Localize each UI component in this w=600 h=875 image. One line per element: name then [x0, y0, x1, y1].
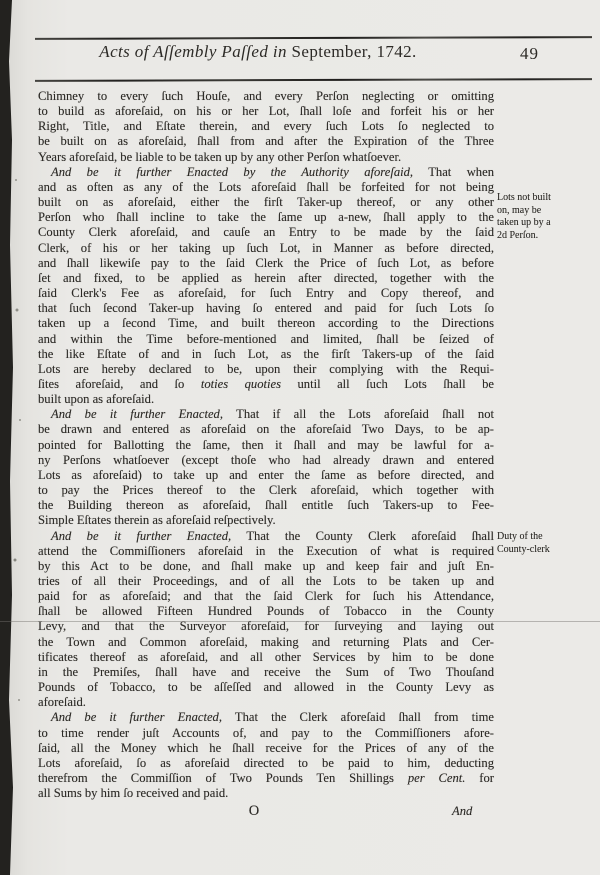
text-line: And be it further Enacted, That the Cler…: [38, 710, 494, 725]
roman-text: That the Clerk aforeſaid ſhall from time: [222, 710, 494, 724]
roman-text: in the Premiſes, ſhall have and receive …: [38, 665, 494, 679]
text-line: tries of all their Proceedings, and of a…: [38, 574, 494, 589]
roman-text: Lots aforeſaid, ſo as aforeſaid directed…: [38, 756, 494, 770]
margin-note-line: on, may be: [497, 205, 594, 218]
text-line: the like Eſtate of and in ſuch Lot, as t…: [38, 347, 494, 362]
text-line: to time render juſt Accounts of, and pay…: [38, 726, 494, 741]
roman-text: That the County Clerk aforeſaid ſhall: [231, 529, 494, 543]
text-line: therefrom the Commiſſion of Two Pounds T…: [38, 771, 494, 786]
margin-note-line: County-clerk: [497, 544, 594, 557]
roman-text: aforeſaid.: [38, 695, 86, 709]
roman-text: and within the Time before-mentioned and…: [38, 332, 494, 346]
roman-text: the Town and Common aforeſaid, making an…: [38, 635, 494, 649]
text-line: attend the Commiſſioners aforeſaid in th…: [38, 544, 494, 559]
roman-text: ſaid Clerk's Fee as aforeſaid, for ſuch …: [38, 286, 494, 300]
text-line: County Clerk aforeſaid, and cauſe an Ent…: [38, 225, 494, 240]
roman-text: ny Perſons whatſoever (except thoſe who …: [38, 453, 494, 467]
text-line: in the Premiſes, ſhall have and receive …: [38, 665, 494, 680]
roman-text: That if all the Lots aforeſaid ſhall not: [223, 407, 494, 421]
scanned-book-page: Acts of Aſſembly Paſſed in September, 17…: [0, 0, 600, 875]
roman-text: taken up a ſecond Time, and built thereo…: [38, 316, 494, 330]
italic-text: And be it further Enacted,: [51, 407, 223, 421]
margin-note-line: Duty of the: [497, 531, 594, 544]
text-line: Right, Title, and Eſtate therein, and ev…: [38, 119, 494, 134]
text-line: Perſon who ſhall incline to take the ſam…: [38, 210, 494, 225]
margin-note-clerk-duty: Duty of theCounty-clerk: [497, 531, 594, 556]
text-line: the Town and Common aforeſaid, making an…: [38, 635, 494, 650]
roman-text: to build as aforeſaid, on his or her Lot…: [38, 104, 494, 118]
roman-text: That when: [413, 165, 494, 179]
text-line: And be it further Enacted, That if all t…: [38, 407, 494, 422]
text-line: tificates thereof as aforeſaid, and all …: [38, 650, 494, 665]
paragraph: And be it further Enacted, That the Cler…: [38, 710, 494, 801]
roman-text: built upon as aforeſaid.: [38, 392, 154, 406]
text-line: to pay the Prices thereof to the Clerk a…: [38, 483, 494, 498]
text-line: ſaid Clerk's Fee as aforeſaid, for ſuch …: [38, 286, 494, 301]
text-line: ny Perſons whatſoever (except thoſe who …: [38, 453, 494, 468]
roman-text: and ſhall likewiſe pay to the ſaid Clerk…: [38, 256, 494, 270]
paragraph: Chimney to every ſuch Houſe, and every P…: [38, 89, 494, 165]
italic-text: per Cent.: [408, 771, 466, 785]
roman-text: Chimney to every ſuch Houſe, and every P…: [38, 89, 494, 103]
text-line: Lots are hereby declared to be, upon the…: [38, 362, 494, 377]
text-line: Chimney to every ſuch Houſe, and every P…: [38, 89, 494, 104]
italic-text: And be it further Enacted,: [51, 710, 222, 724]
text-line: and ſhall likewiſe pay to the ſaid Clerk…: [38, 256, 494, 271]
roman-text: all Sums by him ſo received and paid.: [38, 786, 228, 800]
roman-text: and as often as any of the Lots aforeſai…: [38, 180, 494, 194]
text-line: And be it further Enacted by the Authori…: [38, 165, 494, 180]
roman-text: that ſuch ſecond Taker-up having ſo ente…: [38, 301, 494, 315]
running-header-roman: September, 1742.: [287, 42, 417, 61]
text-line: And be it further Enacted, That the Coun…: [38, 529, 494, 544]
roman-text: built on as aforeſaid, either the firſt …: [38, 195, 494, 209]
margin-note-line: 2d Perſon.: [497, 230, 594, 243]
roman-text: Clerk, of his or her taking up ſuch Lot,…: [38, 241, 494, 255]
text-line: be built on as aforeſaid, ſhall from and…: [38, 134, 494, 149]
header-rule-top: [35, 36, 592, 40]
header-rule-bottom: [35, 78, 592, 82]
running-header-italic: Acts of Aſſembly Paſſed in: [99, 42, 287, 61]
roman-text: Lots as aforeſaid) to take up and enter …: [38, 468, 494, 482]
roman-text: ſaid, all the Money which he ſhall recei…: [38, 741, 494, 755]
roman-text: Simple Eſtates therein as aforeſaid reſp…: [38, 513, 276, 527]
text-line: ſites aforeſaid, and ſo toties quoties u…: [38, 377, 494, 392]
text-line: Pounds of Tobacco, to be aſſeſſed and al…: [38, 680, 494, 695]
roman-text: to pay the Prices thereof to the Clerk a…: [38, 483, 494, 497]
text-line: Lots as aforeſaid) to take up and enter …: [38, 468, 494, 483]
text-line: paid for as aforeſaid; and that the ſaid…: [38, 589, 494, 604]
roman-text: be built on as aforeſaid, ſhall from and…: [38, 134, 494, 148]
text-line: be drawn and entered as aforeſaid on the…: [38, 422, 494, 437]
roman-text: tries of all their Proceedings, and of a…: [38, 574, 494, 588]
roman-text: pointed for Ballotting the ſame, then it…: [38, 438, 494, 452]
text-line: Years aforeſaid, be liable to be taken u…: [38, 150, 494, 165]
running-header: Acts of Aſſembly Paſſed in September, 17…: [38, 42, 478, 62]
text-line: to build as aforeſaid, on his or her Lot…: [38, 104, 494, 119]
italic-text: And be it further Enacted,: [51, 529, 231, 543]
italic-text: And be it further Enacted by the Authori…: [51, 165, 413, 179]
paragraph: And be it further Enacted, That the Coun…: [38, 529, 494, 711]
text-line: and within the Time before-mentioned and…: [38, 332, 494, 347]
roman-text: County Clerk aforeſaid, and cauſe an Ent…: [38, 225, 494, 239]
roman-text: ſhall be allowed Fifteen Hundred Pounds …: [38, 604, 494, 618]
margin-note-lots: Lots not builton, may betaken up by a2d …: [497, 192, 594, 242]
text-line: aforeſaid.: [38, 695, 494, 710]
text-line: by this Act to be done, and ſhall make u…: [38, 559, 494, 574]
roman-text: therefrom the Commiſſion of Two Pounds T…: [38, 771, 408, 785]
text-line: Clerk, of his or her taking up ſuch Lot,…: [38, 241, 494, 256]
text-line: taken up a ſecond Time, and built thereo…: [38, 316, 494, 331]
text-line: ſaid, all the Money which he ſhall recei…: [38, 741, 494, 756]
text-line: ſet and fixed, to be applied as herein a…: [38, 271, 494, 286]
italic-text: toties quoties: [201, 377, 281, 391]
margin-note-line: Lots not built: [497, 192, 594, 205]
text-line: Lots aforeſaid, ſo as aforeſaid directed…: [38, 756, 494, 771]
signature-mark: O: [38, 803, 470, 820]
text-line: built upon as aforeſaid.: [38, 392, 494, 407]
margin-note-line: taken up by a: [497, 217, 594, 230]
catchword: And: [452, 804, 472, 819]
text-line: that ſuch ſecond Taker-up having ſo ente…: [38, 301, 494, 316]
book-gutter-shadow: [0, 0, 15, 875]
paragraph: And be it further Enacted, That if all t…: [38, 407, 494, 528]
roman-text: Pounds of Tobacco, to be aſſeſſed and al…: [38, 680, 494, 694]
text-line: Simple Eſtates therein as aforeſaid reſp…: [38, 513, 494, 528]
roman-text: by this Act to be done, and ſhall make u…: [38, 559, 494, 573]
text-line: pointed for Ballotting the ſame, then it…: [38, 438, 494, 453]
text-line: the Building thereon as aforeſaid, ſhall…: [38, 498, 494, 513]
scan-artifact-line: [0, 621, 600, 622]
roman-text: to time render juſt Accounts of, and pay…: [38, 726, 494, 740]
roman-text: the Building thereon as aforeſaid, ſhall…: [38, 498, 494, 512]
roman-text: ſites aforeſaid, and ſo: [38, 377, 201, 391]
roman-text: be drawn and entered as aforeſaid on the…: [38, 422, 494, 436]
roman-text: the like Eſtate of and in ſuch Lot, as t…: [38, 347, 494, 361]
roman-text: for: [465, 771, 494, 785]
body-text: Chimney to every ſuch Houſe, and every P…: [38, 89, 494, 801]
roman-text: Perſon who ſhall incline to take the ſam…: [38, 210, 494, 224]
text-line: all Sums by him ſo received and paid.: [38, 786, 494, 801]
roman-text: paid for as aforeſaid; and that the ſaid…: [38, 589, 494, 603]
roman-text: tificates thereof as aforeſaid, and all …: [38, 650, 494, 664]
text-line: ſhall be allowed Fifteen Hundred Pounds …: [38, 604, 494, 619]
text-line: built on as aforeſaid, either the firſt …: [38, 195, 494, 210]
roman-text: Years aforeſaid, be liable to be taken u…: [38, 150, 401, 164]
roman-text: attend the Commiſſioners aforeſaid in th…: [38, 544, 494, 558]
roman-text: ſet and fixed, to be applied as herein a…: [38, 271, 494, 285]
page-number: 49: [520, 44, 539, 64]
paragraph: And be it further Enacted by the Authori…: [38, 165, 494, 408]
roman-text: Lots are hereby declared to be, upon the…: [38, 362, 494, 376]
text-line: and as often as any of the Lots aforeſai…: [38, 180, 494, 195]
roman-text: until all ſuch Lots ſhall be: [281, 377, 494, 391]
roman-text: Right, Title, and Eſtate therein, and ev…: [38, 119, 494, 133]
